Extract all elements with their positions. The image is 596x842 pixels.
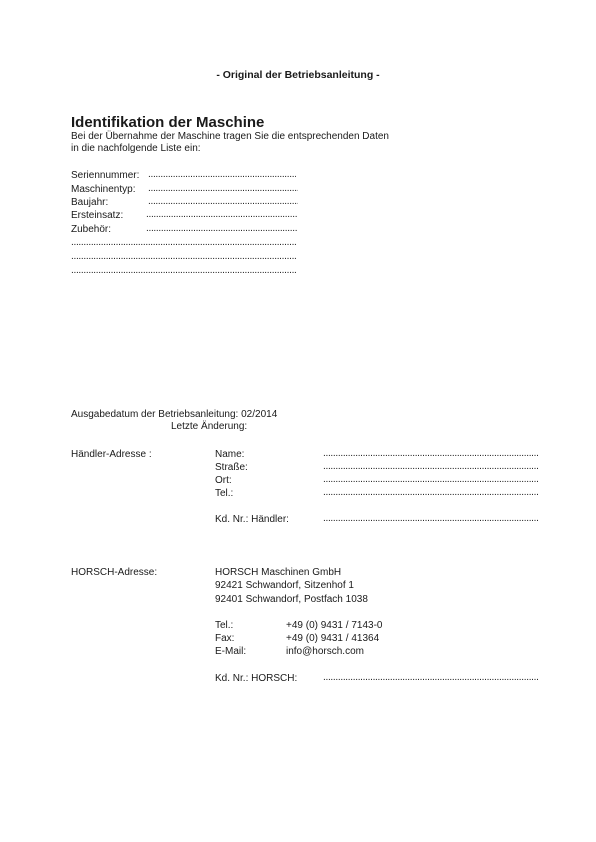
field-input-accessories[interactable]: ........................................… — [146, 223, 298, 234]
horsch-fax-value: +49 (0) 9431 / 41364 — [286, 633, 379, 644]
document-subtitle: - Original der Betriebsanleitung - — [0, 69, 596, 81]
horsch-phone-value: +49 (0) 9431 / 7143-0 — [286, 620, 382, 631]
horsch-address-line-1: 92421 Schwandorf, Sitzenhof 1 — [215, 580, 354, 591]
horsch-customer-no-label: Kd. Nr.: HORSCH: — [215, 673, 297, 684]
dealer-customer-no-input[interactable]: ........................................… — [323, 513, 538, 524]
horsch-address-line-2: 92401 Schwandorf, Postfach 1038 — [215, 594, 368, 605]
field-label-first-use: Ersteinsatz: — [71, 210, 123, 221]
dealer-label-phone: Tel.: — [215, 488, 233, 499]
intro-line-2: in die nachfolgende Liste ein: — [71, 143, 201, 154]
intro-line-1: Bei der Übernahme der Maschine tragen Si… — [71, 131, 389, 142]
horsch-email-link[interactable]: info@horsch.com — [286, 646, 364, 657]
field-input-first-use[interactable]: ........................................… — [146, 209, 298, 220]
field-input-machine-type[interactable]: ........................................… — [148, 183, 298, 194]
section-title-identification: Identifikation der Maschine — [71, 114, 264, 131]
dealer-input-phone[interactable]: ........................................… — [323, 487, 538, 498]
blank-line-3[interactable]: ........................................… — [71, 265, 297, 276]
horsch-fax-label: Fax: — [215, 633, 234, 644]
dealer-input-city[interactable]: ........................................… — [323, 474, 538, 485]
issue-date-value: 02/2014 — [241, 409, 277, 420]
horsch-customer-no-input[interactable]: ........................................… — [323, 672, 538, 683]
field-label-serial-number: Seriennummer: — [71, 170, 139, 181]
dealer-section-label: Händler-Adresse : — [71, 449, 152, 460]
dealer-label-street: Straße: — [215, 462, 248, 473]
field-label-machine-type: Maschinentyp: — [71, 184, 135, 195]
dealer-input-street[interactable]: ........................................… — [323, 461, 538, 472]
blank-line-1[interactable]: ........................................… — [71, 237, 297, 248]
dealer-label-name: Name: — [215, 449, 244, 460]
field-input-year[interactable]: ........................................… — [148, 196, 298, 207]
horsch-section-label: HORSCH-Adresse: — [71, 567, 157, 578]
dealer-label-city: Ort: — [215, 475, 232, 486]
horsch-email-label: E-Mail: — [215, 646, 246, 657]
field-label-year: Baujahr: — [71, 197, 108, 208]
dealer-input-name[interactable]: ........................................… — [323, 448, 538, 459]
horsch-company-name: HORSCH Maschinen GmbH — [215, 567, 341, 578]
dealer-customer-no-label: Kd. Nr.: Händler: — [215, 514, 289, 525]
horsch-phone-label: Tel.: — [215, 620, 233, 631]
blank-line-2[interactable]: ........................................… — [71, 251, 297, 262]
field-input-serial-number[interactable]: ........................................… — [148, 169, 296, 180]
last-change-label: Letzte Änderung: — [171, 421, 247, 432]
issue-date-line: Ausgabedatum der Betriebsanleitung: 02/2… — [71, 409, 277, 420]
field-label-accessories: Zubehör: — [71, 224, 111, 235]
issue-date-label: Ausgabedatum der Betriebsanleitung: — [71, 409, 238, 420]
